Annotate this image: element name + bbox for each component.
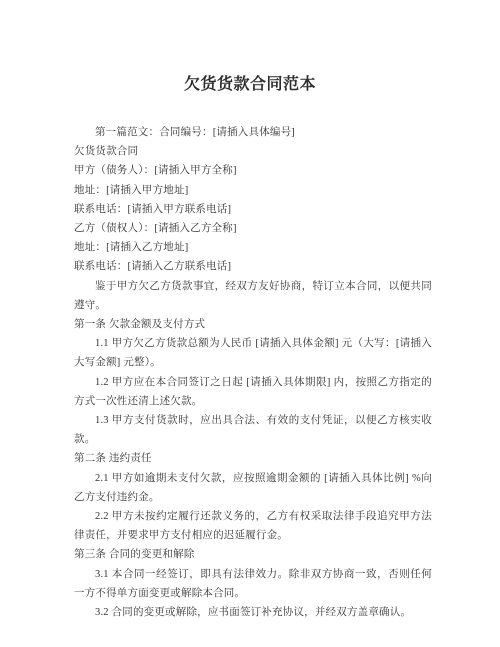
document-paragraph: 地址：[请插入甲方地址]	[74, 181, 432, 200]
document-page: 欠货货款合同范本 第一篇范文：合同编号：[请插入具体编号] 欠货货款合同 甲方（…	[0, 0, 500, 647]
document-body: 第一篇范文：合同编号：[请插入具体编号] 欠货货款合同 甲方（债务人）：[请插入…	[74, 123, 432, 622]
document-paragraph: 乙方（债权人）：[请插入乙方全称]	[74, 219, 432, 238]
document-paragraph: 联系电话：[请插入甲方联系电话]	[74, 200, 432, 219]
document-paragraph: 第一条 欠款金额及支付方式	[74, 315, 432, 334]
document-paragraph: 第三条 合同的变更和解除	[74, 545, 432, 564]
document-paragraph: 3.1 本合同一经签订，即具有法律效力。除非双方协商一致，否则任何一方不得单方面…	[74, 565, 432, 603]
document-paragraph: 地址：[请插入乙方地址]	[74, 238, 432, 257]
document-paragraph: 鉴于甲方欠乙方货款事宜，经双方友好协商，特订立本合同，以便共同遵守。	[74, 277, 432, 315]
document-paragraph: 2.2 甲方未按约定履行还款义务的，乙方有权采取法律手段追究甲方法律责任，并要求…	[74, 507, 432, 545]
document-title: 欠货货款合同范本	[0, 0, 500, 97]
document-paragraph: 3.2 合同的变更或解除，应书面签订补充协议，并经双方盖章确认。	[74, 603, 432, 622]
document-paragraph: 甲方（债务人）：[请插入甲方全称]	[74, 161, 432, 180]
document-paragraph: 第二条 违约责任	[74, 449, 432, 468]
document-paragraph: 1.1 甲方欠乙方货款总额为人民币 [请插入具体金额] 元（大写：[请插入大写金…	[74, 334, 432, 372]
document-paragraph: 联系电话：[请插入乙方联系电话]	[74, 257, 432, 276]
document-paragraph: 1.2 甲方应在本合同签订之日起 [请插入具体期限] 内，按照乙方指定的方式一次…	[74, 373, 432, 411]
document-paragraph: 1.3 甲方支付货款时，应出具合法、有效的支付凭证，以便乙方核实收款。	[74, 411, 432, 449]
document-paragraph: 2.1 甲方如逾期未支付欠款，应按照逾期金额的 [请插入具体比例] %向乙方支付…	[74, 469, 432, 507]
document-paragraph: 第一篇范文：合同编号：[请插入具体编号]	[74, 123, 432, 142]
document-paragraph: 欠货货款合同	[74, 142, 432, 161]
